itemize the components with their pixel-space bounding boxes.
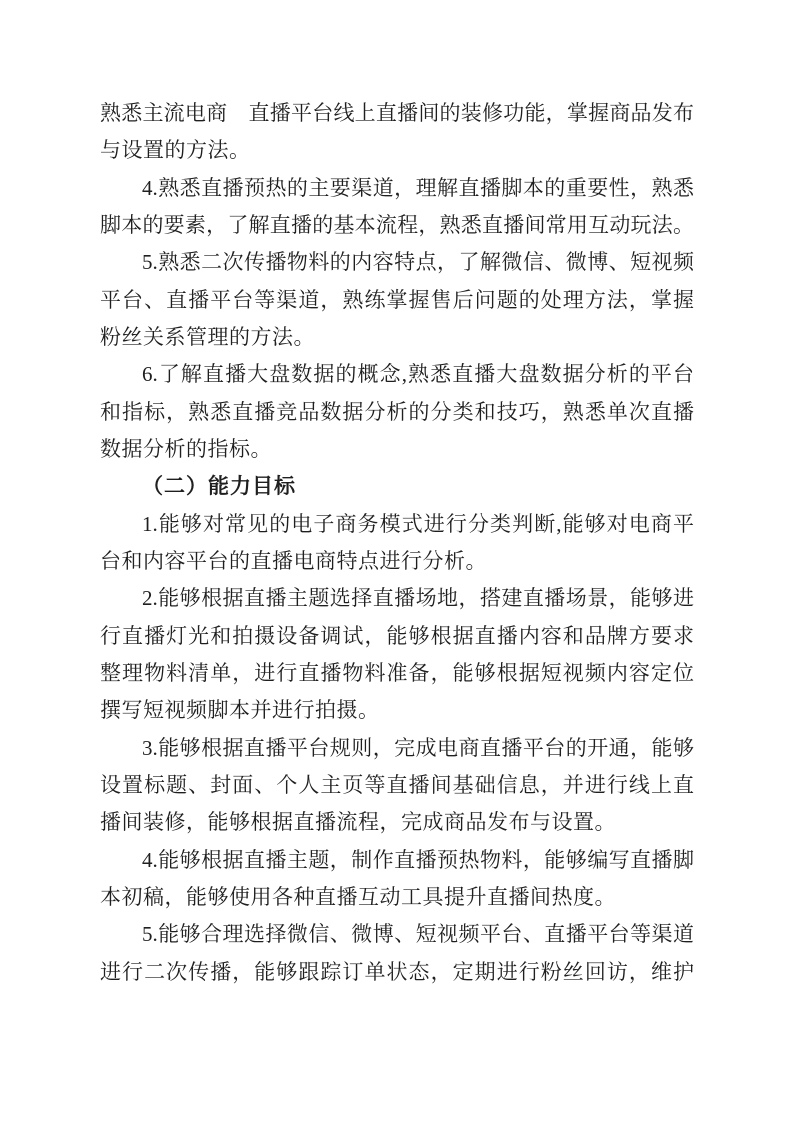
document-line: 5.能够合理选择微信、微博、短视频平台、直播平台等渠道 [100,916,694,953]
document-line: 粉丝关系管理的方法。 [100,319,694,356]
document-line: 本初稿，能够使用各种直播互动工具提升直播间热度。 [100,879,694,916]
section-heading: （二）能力目标 [100,468,694,505]
document-line: 进行二次传播，能够跟踪订单状态，定期进行粉丝回访，维护 [100,954,694,991]
document-line: 和指标，熟悉直播竞品数据分析的分类和技巧，熟悉单次直播 [100,394,694,431]
document-line: 数据分析的指标。 [100,431,694,468]
document-line: 播间装修，能够根据直播流程，完成商品发布与设置。 [100,804,694,841]
document-content: 熟悉主流电商 直播平台线上直播间的装修功能，掌握商品发布与设置的方法。4.熟悉直… [100,95,694,991]
document-line: 设置标题、封面、个人主页等直播间基础信息，并进行线上直 [100,767,694,804]
document-line: 2.能够根据直播主题选择直播场地，搭建直播场景，能够进 [100,580,694,617]
document-page: 熟悉主流电商 直播平台线上直播间的装修功能，掌握商品发布与设置的方法。4.熟悉直… [0,0,794,1123]
document-line: 4.熟悉直播预热的主要渠道，理解直播脚本的重要性，熟悉 [100,170,694,207]
document-line: 脚本的要素，了解直播的基本流程，熟悉直播间常用互动玩法。 [100,207,694,244]
document-line: 整理物料清单，进行直播物料准备，能够根据短视频内容定位 [100,655,694,692]
document-line: 台和内容平台的直播电商特点进行分析。 [100,543,694,580]
document-line: 与设置的方法。 [100,132,694,169]
document-line: 平台、直播平台等渠道，熟练掌握售后问题的处理方法，掌握 [100,282,694,319]
document-line: 撰写短视频脚本并进行拍摄。 [100,692,694,729]
document-line: 5.熟悉二次传播物料的内容特点，了解微信、微博、短视频 [100,244,694,281]
document-line: 熟悉主流电商 直播平台线上直播间的装修功能，掌握商品发布 [100,95,694,132]
document-line: 4.能够根据直播主题，制作直播预热物料，能够编写直播脚 [100,842,694,879]
document-line: 6.了解直播大盘数据的概念,熟悉直播大盘数据分析的平台 [100,356,694,393]
document-line: 行直播灯光和拍摄设备调试，能够根据直播内容和品牌方要求 [100,618,694,655]
document-line: 1.能够对常见的电子商务模式进行分类判断,能够对电商平 [100,506,694,543]
document-line: 3.能够根据直播平台规则，完成电商直播平台的开通，能够 [100,730,694,767]
